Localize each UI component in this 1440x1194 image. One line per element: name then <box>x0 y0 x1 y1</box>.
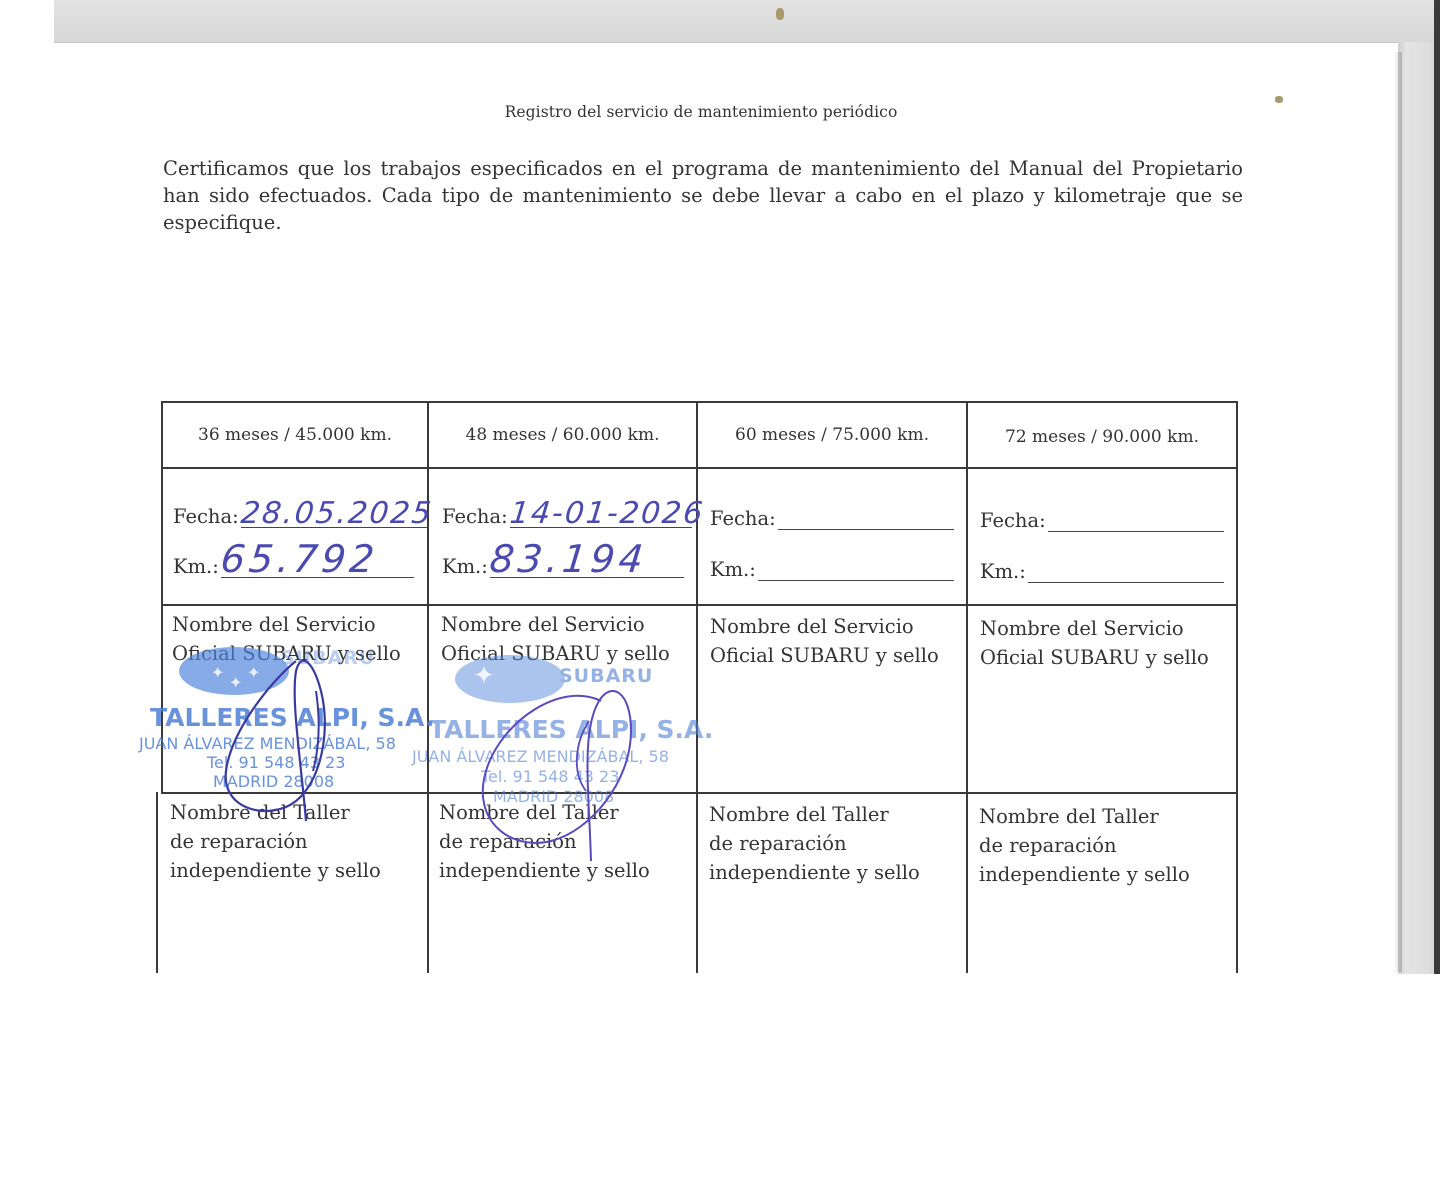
workshop-label-line: de reparación <box>170 827 381 856</box>
workshop-label-line: de reparación <box>709 829 920 858</box>
fecha-line <box>1048 509 1224 532</box>
service-label-line: Nombre del Servicio <box>441 610 670 639</box>
fecha-line: 28.05.2025 <box>241 505 429 528</box>
handwritten-km: 83.194 <box>488 537 650 581</box>
km-label: Km.: <box>980 560 1026 583</box>
workshop-label: Nombre del Taller de reparación independ… <box>709 800 920 887</box>
handwritten-date: 28.05.2025 <box>239 496 434 531</box>
fecha-line: 14-01-2026 <box>510 505 692 528</box>
column-header: 36 meses / 45.000 km. <box>163 403 427 467</box>
km-field[interactable]: Km.: <box>710 558 954 581</box>
running-head: Registro del servicio de mantenimiento p… <box>0 103 1402 121</box>
fecha-label: Fecha: <box>442 505 508 528</box>
km-line <box>758 558 954 581</box>
signature <box>201 651 351 821</box>
km-line <box>1028 560 1224 583</box>
fecha-field[interactable]: Fecha: <box>980 509 1224 532</box>
table-rule <box>966 401 968 973</box>
service-label: Nombre del Servicio Oficial SUBARU y sel… <box>980 614 1209 672</box>
service-label-line: Nombre del Servicio <box>710 612 939 641</box>
workshop-label: Nombre del Taller de reparación independ… <box>979 802 1190 889</box>
km-line: 83.194 <box>490 555 684 578</box>
workshop-label-line: independiente y sello <box>170 856 381 885</box>
km-field[interactable]: Km.: <box>980 560 1224 583</box>
workshop-label-line: independiente y sello <box>979 860 1190 889</box>
workshop-label-line: independiente y sello <box>709 858 920 887</box>
fecha-field[interactable]: Fecha: 14-01-2026 <box>442 505 692 528</box>
km-label: Km.: <box>173 555 219 578</box>
column-header: 48 meses / 60.000 km. <box>429 403 696 467</box>
handwritten-km: 65.792 <box>219 537 381 581</box>
page-edge-shadow <box>1394 52 1402 972</box>
dust-speck <box>776 8 784 20</box>
fecha-label: Fecha: <box>710 507 776 530</box>
scanner-right-edge <box>1434 0 1440 974</box>
maintenance-record-table: 36 meses / 45.000 km. 48 meses / 60.000 … <box>161 401 1238 973</box>
fecha-field[interactable]: Fecha: <box>710 507 954 530</box>
service-label-line: Oficial SUBARU y sello <box>710 641 939 670</box>
table-rule <box>1236 401 1238 973</box>
fecha-field[interactable]: Fecha: 28.05.2025 <box>173 505 429 528</box>
table-rule <box>156 792 158 973</box>
km-label: Km.: <box>710 558 756 581</box>
service-label: Nombre del Servicio Oficial SUBARU y sel… <box>710 612 939 670</box>
handwritten-date: 14-01-2026 <box>508 496 706 531</box>
fecha-line <box>778 507 954 530</box>
intro-paragraph: Certificamos que los trabajos especifica… <box>163 155 1243 236</box>
intro-text: Certificamos que los trabajos especifica… <box>163 155 1243 236</box>
service-label-line: Oficial SUBARU y sello <box>980 643 1209 672</box>
km-field[interactable]: Km.: 83.194 <box>442 555 684 578</box>
service-label-line: Nombre del Servicio <box>172 610 401 639</box>
fecha-label: Fecha: <box>173 505 239 528</box>
scanner-top-band <box>54 0 1440 43</box>
km-line: 65.792 <box>221 555 414 578</box>
workshop-label-line: Nombre del Taller <box>979 802 1190 831</box>
km-field[interactable]: Km.: 65.792 <box>173 555 414 578</box>
workshop-label-line: de reparación <box>979 831 1190 860</box>
workshop-label-line: Nombre del Taller <box>709 800 920 829</box>
table-rule <box>161 604 1238 606</box>
signature <box>471 661 641 881</box>
column-header: 72 meses / 90.000 km. <box>968 405 1236 469</box>
dust-speck <box>1275 96 1283 103</box>
column-header: 60 meses / 75.000 km. <box>698 403 966 467</box>
km-label: Km.: <box>442 555 488 578</box>
fecha-label: Fecha: <box>980 509 1046 532</box>
service-label-line: Nombre del Servicio <box>980 614 1209 643</box>
